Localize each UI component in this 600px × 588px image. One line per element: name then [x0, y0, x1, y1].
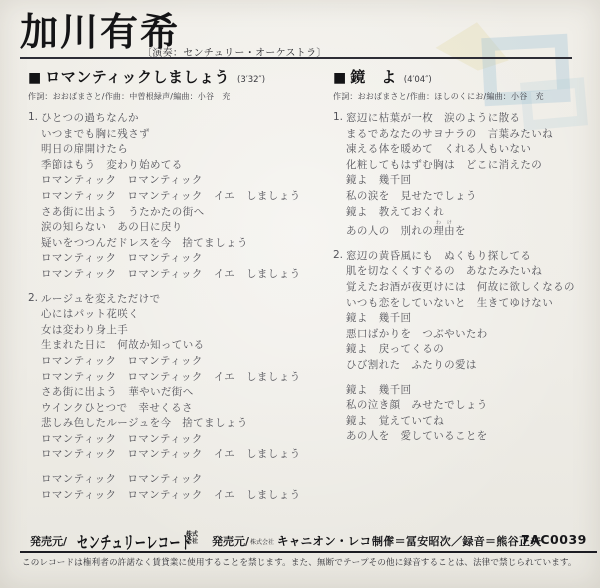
verse-number: 2.: [28, 292, 38, 304]
lyric-line: ロマンティック ロマンティック: [41, 251, 318, 267]
lyric-line: 生まれた日に 何故か知っている: [41, 338, 318, 354]
lyric-line: いつまでも胸に残さず: [41, 127, 318, 143]
publisher1-suffix: 株式会社: [186, 532, 199, 545]
lyric-line: 悲しみ色したルージュを今 捨てましょう: [41, 416, 318, 432]
song-title-row: ■鏡 よ(4′04″): [333, 66, 595, 87]
lyric-line: 悪口ばかりを つぶやいたわ: [346, 327, 595, 343]
lyric-line: ロマンティック ロマンティック: [41, 472, 318, 488]
lyric-line: 肌を切なくくすぐるの あなたみたいね: [346, 264, 595, 280]
lyric-line: 窓辺に枯葉が一枚 涙のように散る: [346, 111, 595, 127]
lyrics-blocks: 1.ひとつの過ちなんかいつまでも胸に残さず明日の扉開けたら季節はもう 変わり始め…: [28, 111, 318, 503]
lyric-line: あの人の 別れの理由わけを: [346, 220, 595, 240]
song-credits: 作詞：おおばまさと/作曲：中曽根緑声/編曲：小谷 充: [28, 91, 318, 102]
lyric-line: ひとつの過ちなんか: [41, 111, 318, 127]
lyric-line: 鏡よ 幾千回: [346, 173, 595, 189]
publisher1-label: 発売元/: [30, 533, 67, 549]
lyric-line: ルージュを変えただけで: [41, 292, 318, 308]
lyric-sheet: 加川有希 〔演奏：センチュリー・オーケストラ〕 ■ロマンティックしましょう(3′…: [0, 0, 600, 588]
track-square-mark: ■: [28, 71, 41, 85]
lyric-line: ウインクひとつで 幸せくるさ: [41, 401, 318, 417]
production-credit: 制作＝冨安昭次／録音＝熊谷正夫: [372, 533, 542, 549]
lyric-line: 鏡よ 戻ってくるの: [346, 342, 595, 358]
song-credits: 作詞：おおばまさと/作曲：ほしのくにお/編曲：小谷 充: [333, 91, 595, 102]
catalog-number: 7AC0039: [521, 532, 587, 547]
song-duration: (3′32″): [237, 75, 265, 85]
legal-notice: このレコードは権利者の許諾なく賃貸業に使用することを禁じます。また、無断でテープ…: [22, 556, 594, 568]
lyrics-blocks: 1.窓辺に枯葉が一枚 涙のように散るまるであなたのサヨナラの 言葉みたいね凍える…: [333, 111, 595, 445]
lyric-line: 私の泣き顔 みせたでしょう: [346, 398, 595, 414]
lyric-line: 覚えたお酒が夜更けには 何故に欲しくなるの: [346, 280, 595, 296]
lyric-line: まるであなたのサヨナラの 言葉みたいね: [346, 127, 595, 143]
lyric-line: ロマンティック ロマンティック イエ しましょう: [41, 189, 318, 205]
lyric-block: 1.窓辺に枯葉が一枚 涙のように散るまるであなたのサヨナラの 言葉みたいね凍える…: [333, 111, 595, 240]
song-title: 鏡 よ: [350, 66, 397, 87]
lyric-line: ロマンティック ロマンティック: [41, 354, 318, 370]
verse-number: 1.: [333, 111, 343, 123]
lyric-line: 明日の扉開けたら: [41, 142, 318, 158]
lyric-line: ロマンティック ロマンティック イエ しましょう: [41, 267, 318, 283]
lyric-line: 窓辺の黄昏風にも ぬくもり探してる: [346, 249, 595, 265]
canyon-records-name: キャニオン・レコード: [277, 533, 395, 549]
lyric-block: 鏡よ 幾千回私の泣き顔 みせたでしょう鏡よ 覚えていてねあの人を 愛していること…: [333, 383, 595, 445]
song-column-left: ■ロマンティックしましょう(3′32″)作詞：おおばまさと/作曲：中曽根緑声/編…: [28, 66, 318, 503]
lyric-line: ロマンティック ロマンティック イエ しましょう: [41, 488, 318, 504]
lyric-line: ひび割れた ふたりの愛は: [346, 358, 595, 374]
lyric-line: いつも恋をしていないと 生きてゆけない: [346, 296, 595, 312]
track-square-mark: ■: [333, 71, 346, 85]
lyric-line: 心にはパット花咲く: [41, 307, 318, 323]
header-divider: [20, 57, 572, 59]
song-duration: (4′04″): [404, 75, 432, 85]
verse-number: 1.: [28, 111, 38, 123]
lyric-line: 鏡よ 教えておくれ: [346, 205, 595, 221]
lyric-line: ロマンティック ロマンティック イエ しましょう: [41, 447, 318, 463]
lyric-line: 女は変わり身上手: [41, 323, 318, 339]
lyric-line: 凍える体を暖めて くれる人もいない: [346, 142, 595, 158]
song-title-row: ■ロマンティックしましょう(3′32″): [28, 66, 318, 87]
lyric-line: 私の涙を 見せたでしょう: [346, 189, 595, 205]
lyric-line: さあ街に出よう うたかたの街へ: [41, 205, 318, 221]
lyric-block: 2.窓辺の黄昏風にも ぬくもり探してる肌を切なくくすぐるの あなたみたいね覚えた…: [333, 249, 595, 374]
century-records-logo: センチュリーレコード: [77, 529, 193, 554]
footer-divider: [20, 551, 597, 553]
verse-number: 2.: [333, 249, 343, 261]
lyric-block: ロマンティック ロマンティックロマンティック ロマンティック イエ しましょう: [28, 472, 318, 503]
publisher2-prefix: 株式会社: [250, 537, 274, 546]
song-title: ロマンティックしましょう: [45, 66, 230, 87]
lyric-line: 鏡よ 幾千回: [346, 383, 595, 399]
lyric-block: 1.ひとつの過ちなんかいつまでも胸に残さず明日の扉開けたら季節はもう 変わり始め…: [28, 111, 318, 283]
lyric-line: 鏡よ 覚えていてね: [346, 414, 595, 430]
publisher2-label: 発売元/: [212, 533, 249, 549]
lyric-line: 疑いをつつんだドレスを今 捨てましょう: [41, 236, 318, 252]
lyric-line: 化粧してもはずむ胸は どこに消えたの: [346, 158, 595, 174]
lyric-line: ロマンティック ロマンティック: [41, 173, 318, 189]
lyric-block: 2.ルージュを変えただけで心にはパット花咲く女は変わり身上手生まれた日に 何故か…: [28, 292, 318, 464]
lyric-line: 鏡よ 幾千回: [346, 311, 595, 327]
lyric-line: ロマンティック ロマンティック: [41, 432, 318, 448]
lyric-line: さあ街に出よう 華やいだ街へ: [41, 385, 318, 401]
lyric-line: あの人を 愛していることを: [346, 429, 595, 445]
song-column-right: ■鏡 よ(4′04″)作詞：おおばまさと/作曲：ほしのくにお/編曲：小谷 充1.…: [333, 66, 595, 445]
lyric-line: 季節はもう 変わり始めてる: [41, 158, 318, 174]
lyric-line: ロマンティック ロマンティック イエ しましょう: [41, 370, 318, 386]
lyric-line: 涙の知らない あの日に戻り: [41, 220, 318, 236]
